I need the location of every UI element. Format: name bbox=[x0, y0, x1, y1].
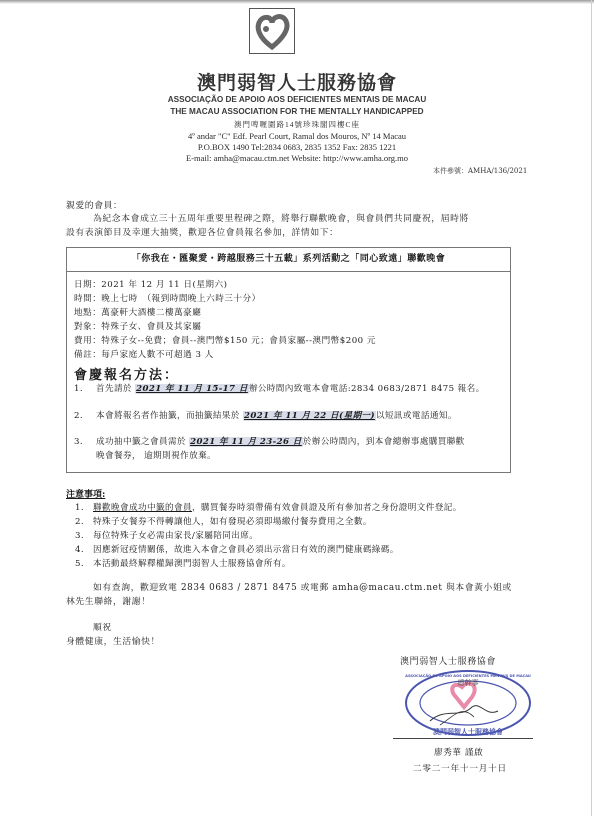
reference-number: 本件參號：AMHA/136/2021 bbox=[433, 166, 527, 176]
note-text: 每位特殊子女必需由家長/家屬陪同出席。 bbox=[93, 531, 258, 541]
signatory-name: 廖秀華 謹啟 bbox=[434, 746, 483, 758]
note-number: 3. bbox=[75, 531, 93, 541]
step-text: 於辦公時間內，到本會總辦事處購買聯歡 bbox=[303, 437, 465, 447]
step-text: 成功抽中籤之會員需於 bbox=[96, 437, 189, 447]
official-seal-icon: 澳門弱智人士服務協會 ASSOCIAÇÃO DE APOIO AOS DEFIC… bbox=[400, 667, 540, 739]
org-name-zh: 澳門弱智人士服務協會 bbox=[0, 68, 594, 95]
highlighted-date: 2021 年 11 月 23-26 日 bbox=[189, 437, 303, 447]
wishes: 身體健康，生活愉快！ bbox=[66, 634, 160, 647]
note-text: ，購買餐券時須帶備有效會員證及所有參加者之身份證明文件登記。 bbox=[192, 503, 462, 513]
step-text: 本會將報名者作抽籤，而抽籤結果於 bbox=[96, 411, 243, 421]
note-item: 5.本活動最終解釋權歸澳門弱智人士服務協會所有。 bbox=[75, 557, 291, 569]
registration-step-1: 1.首先請於 2021 年 11 月 15-17 日辦公時間內致電本會電話:28… bbox=[74, 382, 485, 394]
note-item: 2.特殊子女餐券不得轉讓他人，如有發現必須即場繳付餐券費用之全數。 bbox=[75, 515, 372, 527]
registration-method-title: 會慶報名方法： bbox=[74, 364, 179, 383]
org-name-en: THE MACAU ASSOCIATION FOR THE MENTALLY H… bbox=[0, 107, 594, 116]
note-text: 特殊子女餐券不得轉讓他人，如有發現必須即場繳付餐券費用之全數。 bbox=[93, 517, 372, 527]
heart-logo-icon bbox=[249, 8, 295, 54]
event-audience: 對象：特殊子女、會員及其家屬 bbox=[74, 320, 201, 332]
signature-line bbox=[393, 738, 533, 739]
svg-text:澳門弱智人士服務協會: 澳門弱智人士服務協會 bbox=[433, 727, 503, 736]
notes-title: 注意事項: bbox=[66, 487, 105, 500]
highlighted-date: 2021 年 11 月 22 日(星期一) bbox=[243, 411, 376, 421]
page-top-edge bbox=[0, 0, 594, 4]
note-number: 4. bbox=[75, 545, 93, 555]
note-text: 因應新冠疫情關係，故進入本會之會員必須出示當日有效的澳門健康碼綠碼。 bbox=[93, 545, 399, 555]
contact-line-1: 如有查詢，歡迎致電 2834 0683 / 2871 8475 或電郵 amha… bbox=[93, 580, 512, 593]
highlighted-date: 2021 年 11 月 15-17 日 bbox=[135, 384, 249, 394]
intro-line-2: 設有表演節目及幸運大抽獎，歡迎各位會員報名參加，詳情如下： bbox=[66, 225, 339, 238]
note-item: 1.聯歡晚會成功中籤的會員，購買餐券時須帶備有效會員證及所有參加者之身份證明文件… bbox=[75, 501, 462, 513]
registration-step-2: 2.本會將報名者作抽籤，而抽籤結果於 2021 年 11 月 22 日(星期一)… bbox=[74, 409, 457, 421]
note-number: 5. bbox=[75, 559, 93, 569]
org-name-pt: ASSOCIAÇÃO DE APOIO AOS DEFICIENTES MENT… bbox=[0, 95, 594, 104]
svg-text:ASSOCIAÇÃO DE APOIO AOS DEFICI: ASSOCIAÇÃO DE APOIO AOS DEFICIENTES MENT… bbox=[405, 673, 531, 678]
step-number: 2. bbox=[74, 411, 96, 421]
svg-text:總幹事: 總幹事 bbox=[458, 678, 479, 687]
address-pt: 4º andar "C" Edf. Pearl Court, Ramal dos… bbox=[0, 131, 594, 141]
event-time: 時間：晚上七時 （報到時間晚上六時三十分） bbox=[74, 292, 261, 304]
po-box-tel-fax: P.O.BOX 1490 Tel:2834 0683, 2835 1352 Fa… bbox=[0, 142, 594, 152]
regards: 順祝 bbox=[93, 620, 112, 633]
signature-org: 澳門弱智人士服務協會 bbox=[400, 654, 496, 667]
note-item: 4.因應新冠疫情關係，故進入本會之會員必須出示當日有效的澳門健康碼綠碼。 bbox=[75, 543, 399, 555]
note-item: 3.每位特殊子女必需由家長/家屬陪同出席。 bbox=[75, 529, 258, 541]
registration-step-3-continued: 晚會餐券， 逾期則視作放棄。 bbox=[96, 449, 216, 461]
note-number: 1. bbox=[75, 503, 93, 513]
step-number: 1. bbox=[74, 384, 96, 394]
intro-line-1: 為紀念本會成立三十五周年重要里程碑之際，將舉行聯歡晚會，與會員們共同慶祝，屆時將 bbox=[93, 211, 469, 224]
event-remark: 備註：每戶家庭人數不可超過 3 人 bbox=[74, 348, 214, 360]
event-fee: 費用：特殊子女--免費；會員--澳門幣$150 元；會員家屬--澳門幣$200 … bbox=[74, 334, 376, 346]
note-underlined: 聯歡晚會成功中籤的會員 bbox=[93, 503, 192, 513]
event-venue: 地點：萬豪軒大酒樓二樓萬豪廳 bbox=[74, 306, 201, 318]
email-website: E-mail: amha@macau.ctm.net Website: http… bbox=[0, 153, 594, 163]
event-date: 日期：2021 年 12 月 11 日(星期六) bbox=[74, 278, 227, 290]
note-text: 本活動最終解釋權歸澳門弱智人士服務協會所有。 bbox=[93, 559, 291, 569]
step-number: 3. bbox=[74, 437, 96, 447]
event-title: 「你我在・匯聚愛・跨越服務三十五載」系列活動之「同心致遠」聯歡晚會 bbox=[67, 248, 510, 272]
letter-date: 二零二一年十一月十日 bbox=[413, 762, 507, 774]
registration-step-3: 3.成功抽中籤之會員需於 2021 年 11 月 23-26 日於辦公時間內，到… bbox=[74, 435, 465, 447]
event-info-box: 「你我在・匯聚愛・跨越服務三十五載」系列活動之「同心致遠」聯歡晚會 日期：202… bbox=[66, 247, 511, 473]
contact-line-2: 林先生聯絡，謝謝！ bbox=[66, 594, 151, 607]
address-zh: 澳門啤喱圍路14號珍珠閣四樓C座 bbox=[0, 119, 594, 130]
greeting: 親愛的會員： bbox=[66, 198, 122, 211]
step-text: 以短訊或電話通知。 bbox=[376, 411, 457, 421]
note-number: 2. bbox=[75, 517, 93, 527]
step-text: 辦公時間內致電本會電話:2834 0683/2871 8475 報名。 bbox=[249, 384, 485, 394]
step-text: 首先請於 bbox=[96, 384, 135, 394]
